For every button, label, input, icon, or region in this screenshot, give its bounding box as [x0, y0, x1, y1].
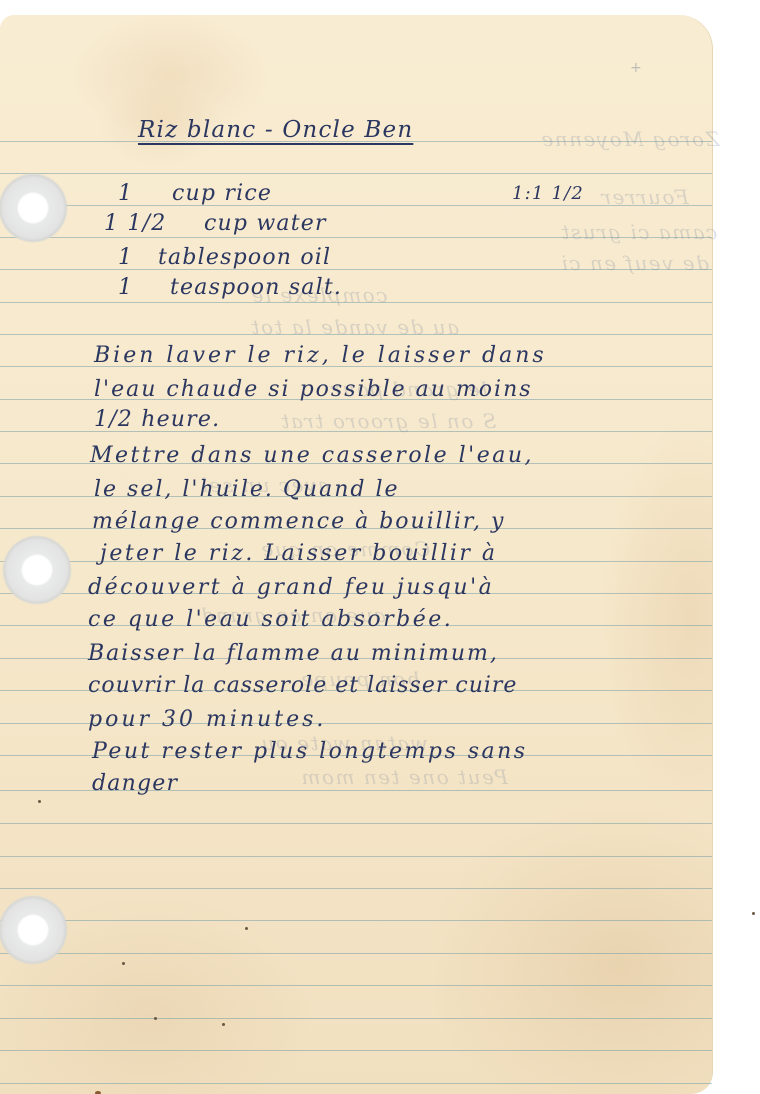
rule-line	[0, 173, 712, 174]
rule-line	[0, 1083, 712, 1084]
ink-speck	[245, 927, 248, 930]
ingredient-text: teaspoon salt.	[170, 277, 342, 299]
rule-line	[0, 856, 712, 857]
rule-line	[0, 1050, 712, 1051]
ink-speck	[222, 1023, 225, 1026]
rule-line	[0, 823, 712, 824]
instruction-line: l'eau chaude si possible au moins	[94, 379, 533, 401]
instruction-line: jeter le riz. Laisser bouillir à	[100, 543, 498, 565]
instruction-line: pour 30 minutes.	[88, 709, 326, 731]
instruction-line: découvert à grand feu jusqu'à	[88, 577, 494, 599]
ink-speck	[38, 800, 41, 803]
instruction-line: 1/2 heure.	[94, 409, 220, 431]
ratio-note: 1:1 1/2	[512, 185, 584, 203]
instruction-line: Bien laver le riz, le laisser dans	[94, 345, 547, 367]
instruction-line: Baisser la flamme au minimum,	[88, 643, 499, 665]
ingredient-qty: 1	[118, 183, 133, 205]
recipe-card: Zorog Moyenne Fourrer cama ci grust de v…	[0, 15, 712, 1094]
pencil-mark: +	[630, 60, 642, 76]
ingredient-qty: 1	[118, 247, 133, 269]
instruction-line: Peut rester plus longtemps sans	[92, 741, 528, 763]
punch-hole-middle	[2, 535, 72, 605]
instruction-line: le sel, l'huile. Quand le	[94, 479, 400, 501]
ingredient-text: tablespoon oil	[158, 247, 331, 269]
ingredient-qty: 1 1/2	[104, 213, 166, 235]
instruction-line: couvrir la casserole et laisser cuire	[88, 675, 517, 697]
ink-speck	[154, 1017, 157, 1020]
rule-line	[0, 985, 712, 986]
rule-line	[0, 953, 712, 954]
rule-line	[0, 920, 712, 921]
ingredient-text: cup water	[204, 213, 327, 235]
ingredient-qty: 1	[118, 277, 133, 299]
punch-hole-top	[0, 173, 68, 243]
instruction-line: ce que l'eau soit absorbée.	[88, 609, 453, 631]
ink-speck	[122, 962, 125, 965]
recipe-title: Riz blanc - Oncle Ben	[138, 119, 413, 142]
ingredient-text: cup rice	[172, 183, 272, 205]
punch-hole-bottom	[0, 895, 68, 965]
rule-line	[0, 888, 712, 889]
instruction-line: Mettre dans une casserole l'eau,	[90, 445, 534, 467]
rule-line	[0, 1018, 712, 1019]
scan-dust	[752, 912, 755, 915]
instruction-line: mélange commence à bouillir, y	[92, 511, 505, 533]
instruction-line: danger	[92, 773, 178, 795]
